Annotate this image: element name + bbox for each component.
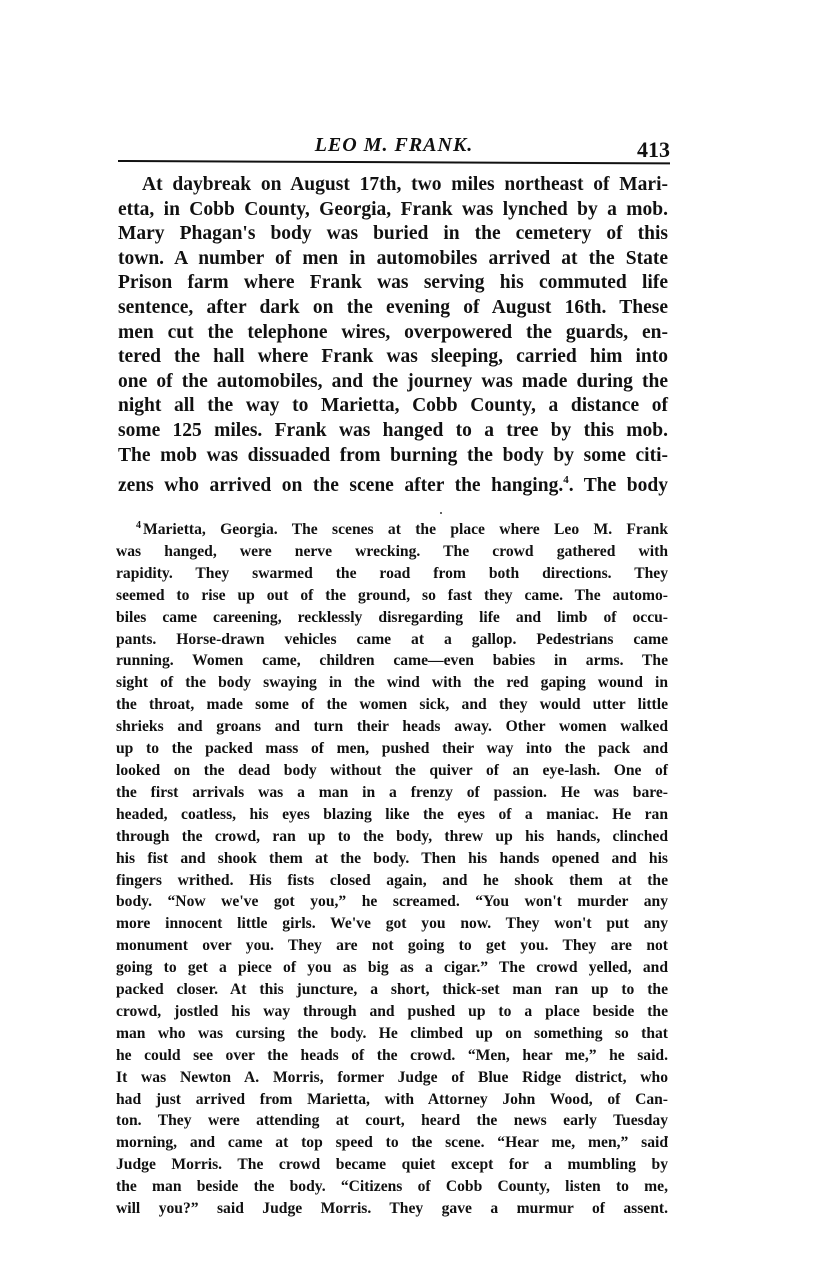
- body-line-tail: . The body: [569, 475, 668, 496]
- footnote-line: going to get a piece of you as big as a …: [116, 957, 668, 979]
- footnote-line: monument over you. They are not going to…: [116, 935, 668, 957]
- body-line: Mary Phagan's body was buried in the cem…: [118, 222, 668, 247]
- book-page: LEO M. FRANK. 413 At daybreak on August …: [0, 0, 836, 1284]
- footnote-line: Judge Morris. The crowd became quiet exc…: [116, 1154, 668, 1176]
- footnote-line: was hanged, were nerve wrecking. The cro…: [116, 541, 668, 563]
- footnote-line: headed, coatless, his eyes blazing like …: [116, 804, 668, 826]
- body-line: etta, in Cobb County, Georgia, Frank was…: [118, 198, 668, 223]
- footnote-line: seemed to rise up out of the ground, so …: [116, 585, 668, 607]
- footnote: 4Marietta, Georgia. The scenes at the pl…: [116, 515, 668, 1220]
- body-line: Prison farm where Frank was serving his …: [118, 271, 668, 296]
- footnote-line: his fist and shook them at the body. The…: [116, 848, 668, 870]
- footnote-line: packed closer. At this juncture, a short…: [116, 979, 668, 1001]
- footnote-line: biles came careening, recklessly disrega…: [116, 607, 668, 629]
- footnote-line: rapidity. They swarmed the road from bot…: [116, 563, 668, 585]
- body-line: The mob was dissuaded from burning the b…: [118, 444, 668, 469]
- footnote-line: shrieks and groans and turn their heads …: [116, 716, 668, 738]
- body-line: men cut the telephone wires, overpowered…: [118, 321, 668, 346]
- body-line-last: zens who arrived on the scene after the …: [118, 468, 668, 499]
- footnote-line: 4Marietta, Georgia. The scenes at the pl…: [116, 515, 668, 541]
- footnote-line: up to the packed mass of men, pushed the…: [116, 738, 668, 760]
- footnote-line: fingers writhed. His fists closed again,…: [116, 870, 668, 892]
- body-line: At daybreak on August 17th, two miles no…: [118, 173, 668, 198]
- footnote-line: will you?” said Judge Morris. They gave …: [116, 1198, 668, 1220]
- footnote-line: sight of the body swaying in the wind wi…: [116, 672, 668, 694]
- print-speck: [666, 1136, 668, 1138]
- footnote-line: morning, and came at top speed to the sc…: [116, 1132, 668, 1154]
- footnote-line: the man beside the body. “Citizens of Co…: [116, 1176, 668, 1198]
- body-line: town. A number of men in automobiles arr…: [118, 247, 668, 272]
- footnote-line-text: Marietta, Georgia. The scenes at the pla…: [143, 521, 668, 538]
- footnote-line: he could see over the heads of the crowd…: [116, 1045, 668, 1067]
- body-line: night all the way to Marietta, Cobb Coun…: [118, 394, 668, 419]
- footnote-line: the throat, made some of the women sick,…: [116, 694, 668, 716]
- running-title: LEO M. FRANK.: [118, 134, 670, 157]
- body-line: one of the automobiles, and the journey …: [118, 370, 668, 395]
- footnote-line: body. “Now we've got you,” he screamed. …: [116, 891, 668, 913]
- body-line: sentence, after dark on the evening of A…: [118, 296, 668, 321]
- footnote-line: had just arrived from Marietta, with Att…: [116, 1089, 668, 1111]
- footnote-line: the first arrivals was a man in a frenzy…: [116, 782, 668, 804]
- body-line: some 125 miles. Frank was hanged to a tr…: [118, 419, 668, 444]
- body-line: tered the hall where Frank was sleeping,…: [118, 345, 668, 370]
- footnote-line: looked on the dead body without the quiv…: [116, 760, 668, 782]
- page-number: 413: [637, 137, 670, 163]
- body-paragraph: At daybreak on August 17th, two miles no…: [118, 173, 668, 499]
- footnote-line: man who was cursing the body. He climbed…: [116, 1023, 668, 1045]
- footnote-line: It was Newton A. Morris, former Judge of…: [116, 1067, 668, 1089]
- print-speck: [420, 1144, 422, 1146]
- footnote-line: ton. They were attending at court, heard…: [116, 1110, 668, 1132]
- footnote-line: through the crowd, ran up to the body, t…: [116, 826, 668, 848]
- footnote-line: running. Women came, children came—even …: [116, 650, 668, 672]
- footnote-line: crowd, jostled his way through and pushe…: [116, 1001, 668, 1023]
- body-line-text: zens who arrived on the scene after the …: [118, 475, 563, 496]
- print-speck: [440, 512, 442, 514]
- footnote-line: more innocent little girls. We've got yo…: [116, 913, 668, 935]
- footnote-marker: 4: [136, 520, 141, 531]
- footnote-line: pants. Horse-drawn vehicles came at a ga…: [116, 629, 668, 651]
